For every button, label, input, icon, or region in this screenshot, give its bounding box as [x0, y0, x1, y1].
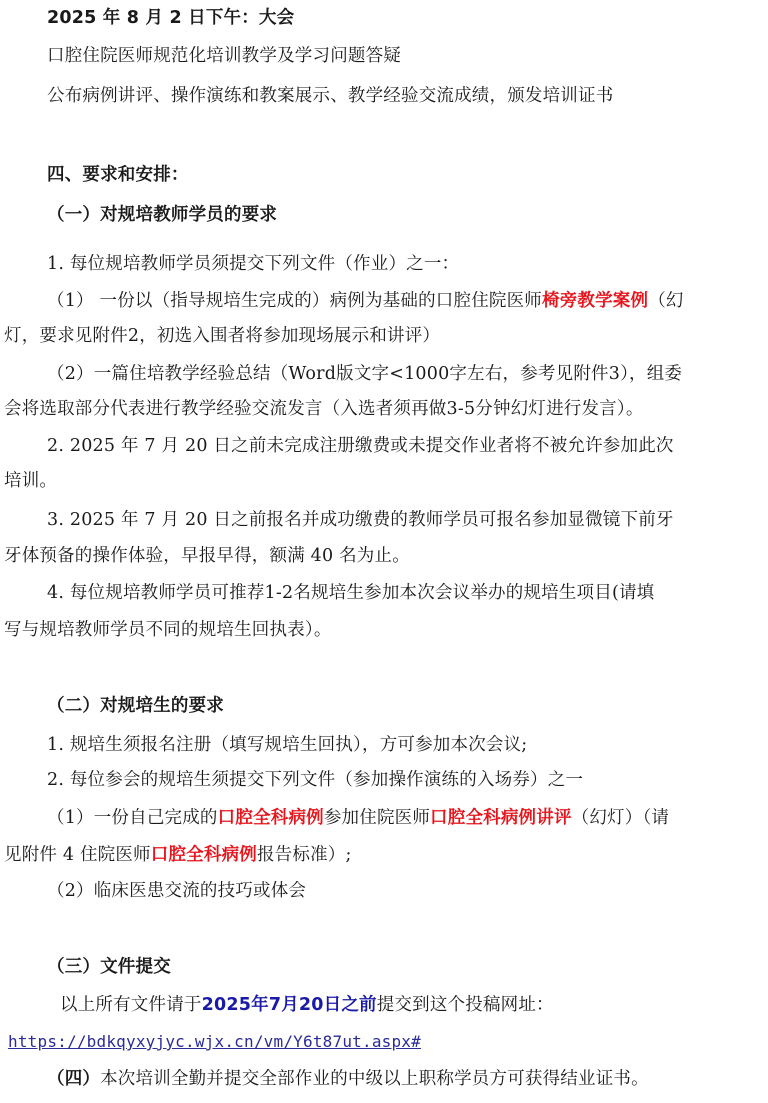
text-segment: （1）一份自己完成的 [47, 808, 218, 828]
teacher-requirement-1-2-cont: 会将选取部分代表进行教学经验交流发言（入选者须再做3-5分钟幻灯进行发言）。 [4, 397, 644, 421]
teacher-requirement-1-2: （2）一篇住培教学经验总结（Word版文字<1000字左右，参考见附件3），组委 [47, 362, 682, 386]
submission-instruction: 以上所有文件请于2025年7月20日之前提交到这个投稿网址： [60, 993, 554, 1017]
resident-requirement-1: 1. 规培生须报名注册（填写规培生回执），方可参加本次会议; [47, 733, 527, 757]
subsection-title-teachers: （一）对规培教师学员的要求 [47, 203, 277, 227]
text-segment: 见附件 4 住院医师 [4, 845, 151, 865]
deadline-text: 2025年7月20日之前 [202, 995, 377, 1015]
resident-requirement-2-2: （2）临床医患交流的技巧或体会 [47, 879, 306, 903]
submission-url-link[interactable]: https://bdkqyxyjyc.wjx.cn/vm/Y6t87ut.asp… [8, 1032, 421, 1051]
section-label: （四） [47, 1069, 100, 1089]
text-segment: 参加住院医师 [324, 808, 430, 828]
text-segment: 以上所有文件请于 [60, 995, 202, 1015]
text-segment: 报告标准）; [257, 845, 352, 865]
schedule-item: 口腔住院医师规范化培训教学及学习问题答疑 [47, 44, 401, 68]
resident-requirement-2-1-cont: 见附件 4 住院医师口腔全科病例报告标准）; [4, 843, 352, 867]
text-segment: 本次培训全勤并提交全部作业的中级以上职称学员方可获得结业证书。 [100, 1069, 649, 1089]
teacher-requirement-4-cont: 写与规培教师学员不同的规培生回执表）。 [4, 618, 332, 642]
highlight-text: 椅旁教学案例 [542, 291, 648, 311]
teacher-requirement-3-cont: 牙体预备的操作体验，早报早得，额满 40 名为止。 [4, 544, 410, 568]
schedule-item: 公布病例讲评、操作演练和教案展示、教学经验交流成绩，颁发培训证书 [47, 84, 613, 108]
text-segment: （1） 一份以（指导规培生完成的）病例为基础的口腔住院医师 [47, 291, 542, 311]
highlight-text: 口腔全科病例讲评 [430, 808, 572, 828]
teacher-requirement-1: 1. 每位规培教师学员须提交下列文件（作业）之一： [47, 252, 459, 276]
text-segment: 提交到这个投稿网址： [377, 995, 554, 1015]
resident-requirement-2: 2. 每位参会的规培生须提交下列文件（参加操作演练的入场券）之一 [47, 768, 583, 792]
highlight-text: 口腔全科病例 [218, 808, 324, 828]
subsection-title-residents: （二）对规培生的要求 [47, 694, 224, 718]
teacher-requirement-2-cont: 培训。 [4, 469, 57, 493]
resident-requirement-2-1: （1）一份自己完成的口腔全科病例参加住院医师口腔全科病例讲评（幻灯）（请 [47, 806, 669, 830]
submission-url-row: https://bdkqyxyjyc.wjx.cn/vm/Y6t87ut.asp… [8, 1030, 421, 1054]
teacher-requirement-2: 2. 2025 年 7 月 20 日之前未完成注册缴费或未提交作业者将不被允许参… [47, 434, 674, 458]
teacher-requirement-1-1: （1） 一份以（指导规培生完成的）病例为基础的口腔住院医师椅旁教学案例（幻 [47, 289, 684, 313]
text-segment: （幻灯）（请 [572, 808, 669, 828]
certificate-requirement: （四）本次培训全勤并提交全部作业的中级以上职称学员方可获得结业证书。 [47, 1067, 649, 1091]
text-segment: （幻 [648, 291, 683, 311]
highlight-text: 口腔全科病例 [151, 845, 257, 865]
teacher-requirement-4: 4. 每位规培教师学员可推荐1-2名规培生参加本次会议举办的规培生项目(请填 [47, 581, 654, 605]
section-title: 四、要求和安排： [47, 163, 189, 187]
teacher-requirement-3: 3. 2025 年 7 月 20 日之前报名并成功缴费的教师学员可报名参加显微镜… [47, 508, 674, 532]
subsection-title-submission: （三）文件提交 [47, 955, 171, 979]
schedule-heading: 2025 年 8 月 2 日下午：大会 [47, 6, 294, 30]
teacher-requirement-1-1-cont: 灯，要求见附件2，初选入围者将参加现场展示和讲评） [4, 324, 440, 348]
